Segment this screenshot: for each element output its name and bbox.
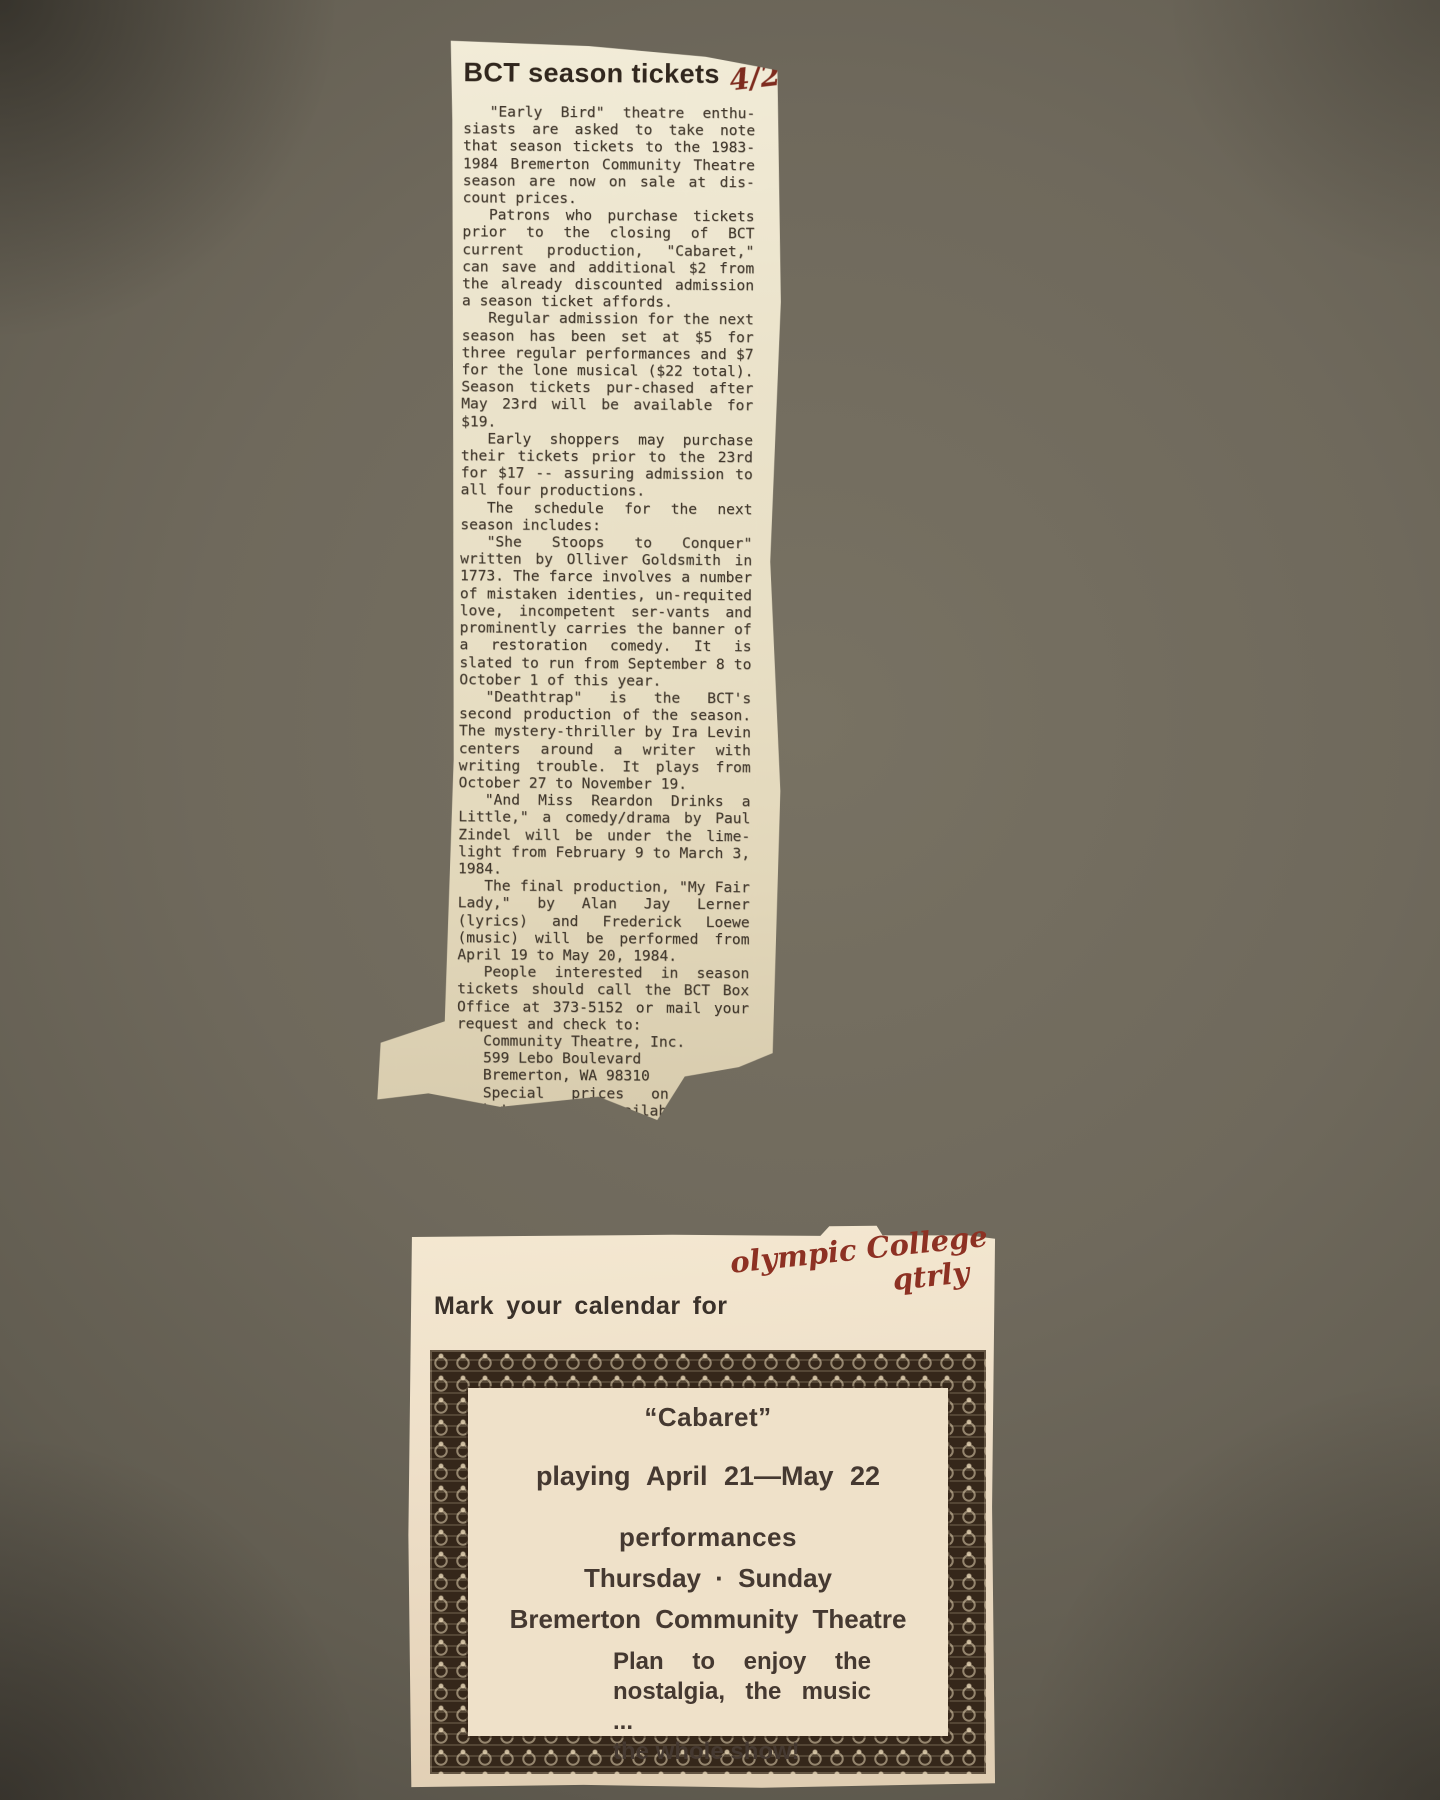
address-line: Community Theatre, Inc. (457, 1032, 749, 1051)
article-paragraph: "Early Bird" theatre enthu-siasts are as… (463, 103, 756, 208)
article-paragraph: The schedule for the next season include… (460, 499, 752, 535)
ad-tagline-line: nostalgia, the music ... (613, 1677, 871, 1737)
ornamental-border: “Cabaret” playing April 21—May 22 perfor… (430, 1350, 986, 1774)
photo-mat-background: BCT season tickets 4/22/83 "Early Bird" … (0, 0, 1440, 1800)
article-paragraph: The final production, "My Fair Lady," by… (457, 877, 750, 965)
article-paragraph: "She Stoops to Conquer" written by Olliv… (459, 533, 752, 690)
ad-performances-label: performances (468, 1522, 948, 1553)
article-paragraph: "Deathtrap" is the BCT's second producti… (459, 688, 752, 793)
article-paragraph: Special prices on family tickets are als… (456, 1084, 748, 1120)
article-body: BCT season tickets 4/22/83 "Early Bird" … (364, 33, 756, 1121)
article-header: BCT season tickets 4/22/83 (463, 57, 755, 93)
article-headline: BCT season tickets (463, 57, 720, 90)
ad-dates: playing April 21—May 22 (468, 1461, 948, 1492)
ad-caption: Mark your calendar for (434, 1292, 727, 1321)
ad-clipping: Mark your calendar for “Cabaret” playing… (406, 1224, 998, 1790)
article-paragraph: People interested in season tickets shou… (457, 963, 749, 1034)
article-paragraph: Early shoppers may purchase their ticket… (461, 430, 753, 501)
ad-tagline-line: Plan to enjoy the (613, 1647, 871, 1677)
news-clipping: BCT season tickets 4/22/83 "Early Bird" … (364, 33, 790, 1128)
address-line: Bremerton, WA 98310 (456, 1067, 748, 1086)
ad-tagline: Plan to enjoy the nostalgia, the music .… (613, 1647, 871, 1767)
ad-tagline-line: the whole show! (613, 1737, 871, 1767)
article-paragraph: "And Miss Reardon Drinks a Little," a co… (458, 791, 751, 879)
handwritten-date: 4/22/83 (728, 50, 853, 98)
ad-panel: “Cabaret” playing April 21—May 22 perfor… (468, 1388, 948, 1736)
ad-venue: Bremerton Community Theatre (468, 1604, 948, 1635)
article-paragraph: Patrons who purchase tickets prior to th… (462, 206, 755, 311)
ad-title: “Cabaret” (468, 1402, 948, 1433)
article-paragraph: Regular admission for the next season ha… (461, 310, 754, 432)
address-line: 599 Lebo Boulevard (457, 1049, 749, 1068)
ad-days: Thursday · Sunday (468, 1563, 948, 1594)
